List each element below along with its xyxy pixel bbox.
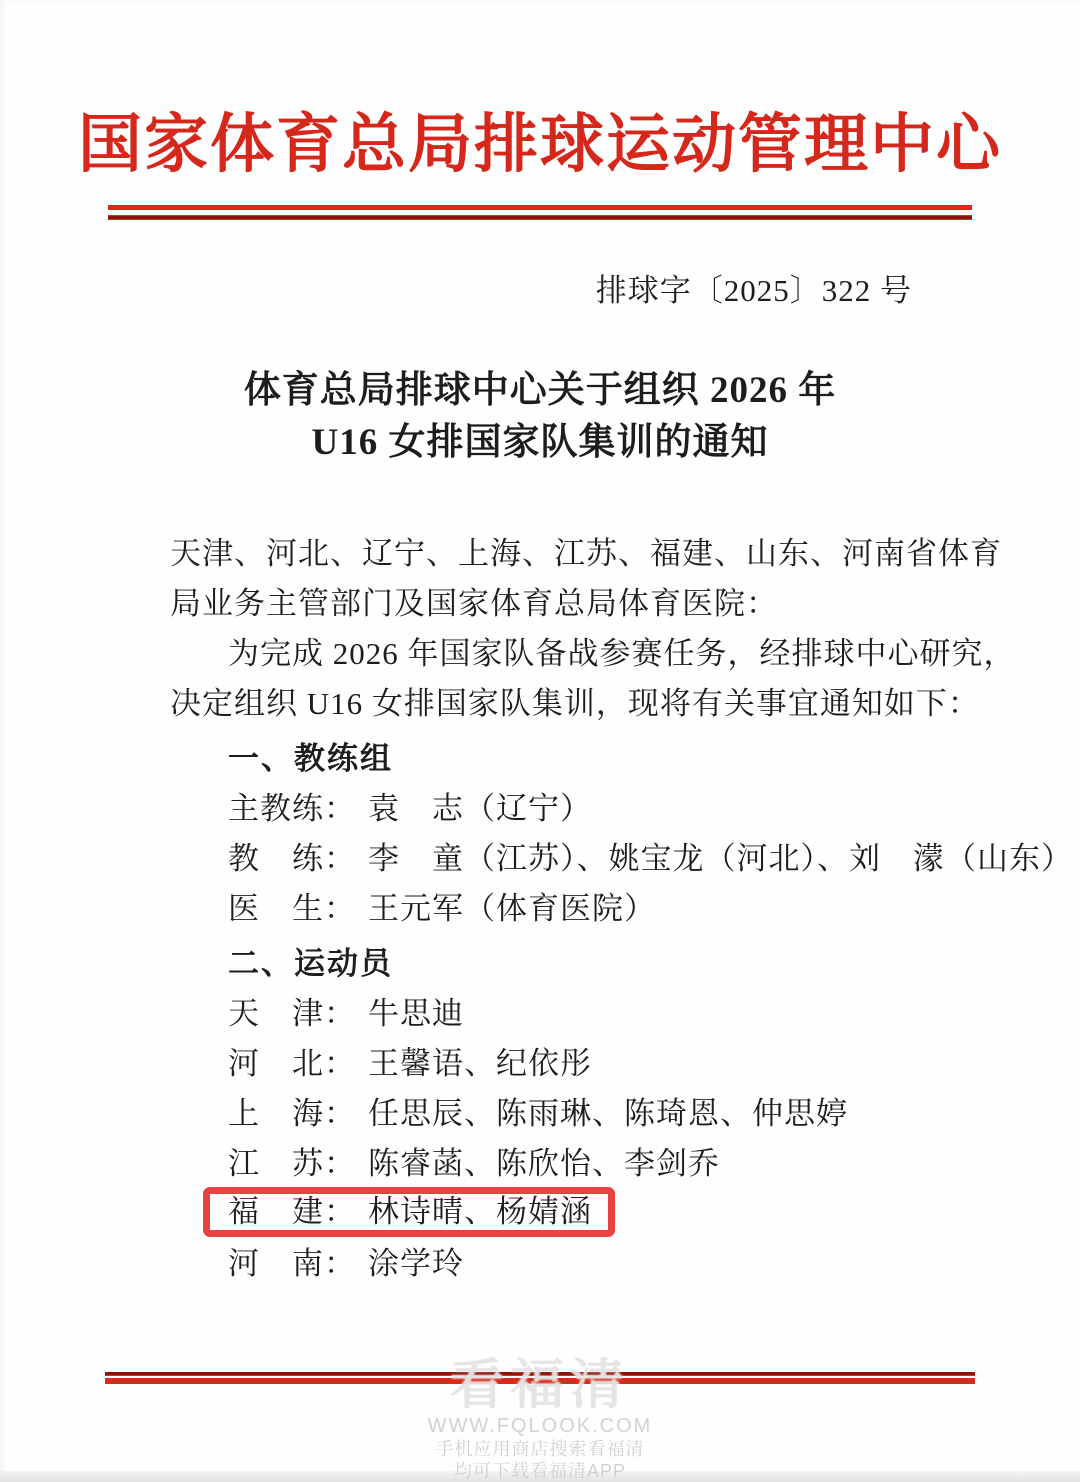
athlete-row-jiangsu: 江 苏：陈睿菡、陈欣怡、李剑乔 (228, 1139, 960, 1189)
title-line-1: 体育总局排球中心关于组织 2026 年 (0, 365, 1080, 417)
section-heading-athletes: 二、运动员 (228, 939, 960, 989)
coach-row-head-coach: 主教练：袁 志（辽宁） (228, 784, 960, 834)
doc-number: 排球字〔2025〕322 号 (0, 273, 1080, 309)
document-body: 天津、河北、辽宁、上海、江苏、福建、山东、河南省体育 局业务主管部门及国家体育总… (0, 529, 1080, 1289)
recipients-line-2: 局业务主管部门及国家体育总局体育医院： (170, 579, 960, 629)
red-highlight-box: 福 建：林诗晴、杨婧涵 (203, 1187, 615, 1237)
province-label: 福 建： (228, 1194, 356, 1229)
watermark-url: WWW.FQLOOK.COM (0, 1414, 1080, 1438)
athlete-row-hebei: 河 北：王馨语、纪依彤 (228, 1039, 960, 1089)
document-title: 体育总局排球中心关于组织 2026 年 U16 女排国家队集训的通知 (0, 365, 1080, 469)
watermark-note-1: 手机应用商店搜索看福清 (0, 1438, 1080, 1460)
coach-row-coaches: 教 练：李 童（江苏）、姚宝龙（河北）、刘 濛（山东） (228, 834, 960, 884)
header-divider-thin-line (108, 216, 972, 219)
section-heading-coaches: 一、教练组 (228, 734, 960, 784)
footer-divider-thick-line (105, 1378, 975, 1384)
coach-names: 李 童（江苏）、姚宝龙（河北）、刘 濛（山东） (368, 841, 1073, 876)
province-label: 天 津： (228, 996, 356, 1031)
coach-role-label: 教 练： (228, 841, 356, 876)
athlete-row-tianjin: 天 津：牛思迪 (228, 989, 960, 1039)
province-label: 上 海： (228, 1096, 356, 1131)
athlete-names: 牛思迪 (368, 996, 464, 1031)
province-label: 河 北： (228, 1046, 356, 1081)
athlete-row-fujian-highlighted: 福 建：林诗晴、杨婧涵 (228, 1189, 960, 1239)
coach-role-label: 主教练： (228, 791, 356, 826)
athlete-names: 王馨语、纪依彤 (368, 1046, 592, 1081)
intro-line-2: 决定组织 U16 女排国家队集训，现将有关事宜通知如下： (170, 679, 960, 729)
coach-row-doctor: 医 生：王元军（体育医院） (228, 884, 960, 934)
watermark-brand: 看福清 (0, 1356, 1080, 1414)
org-name-header: 国家体育总局排球运动管理中心 (0, 103, 1080, 187)
athlete-row-shanghai: 上 海：任思辰、陈雨琳、陈琦恩、仲思婷 (228, 1089, 960, 1139)
recipients-line-1: 天津、河北、辽宁、上海、江苏、福建、山东、河南省体育 (170, 529, 960, 579)
province-label: 江 苏： (228, 1146, 356, 1181)
athlete-names: 陈睿菡、陈欣怡、李剑乔 (368, 1146, 720, 1181)
athlete-names: 林诗晴、杨婧涵 (368, 1194, 592, 1229)
athlete-names: 涂学玲 (368, 1246, 464, 1281)
intro-line-1: 为完成 2026 年国家队备战参赛任务，经排球中心研究， (170, 629, 960, 679)
footer-divider (105, 1372, 975, 1384)
athlete-row-henan: 河 南：涂学玲 (228, 1239, 960, 1289)
title-line-2: U16 女排国家队集训的通知 (0, 417, 1080, 469)
province-label: 河 南： (228, 1246, 356, 1281)
header-divider (108, 205, 972, 219)
scanned-notice-page: 国家体育总局排球运动管理中心 排球字〔2025〕322 号 体育总局排球中心关于… (0, 0, 1080, 1482)
coach-role-label: 医 生： (228, 891, 356, 926)
coach-names: 王元军（体育医院） (368, 891, 656, 926)
bottom-gray-band (0, 1471, 1080, 1482)
athlete-names: 任思辰、陈雨琳、陈琦恩、仲思婷 (368, 1096, 848, 1131)
coach-names: 袁 志（辽宁） (368, 791, 592, 826)
